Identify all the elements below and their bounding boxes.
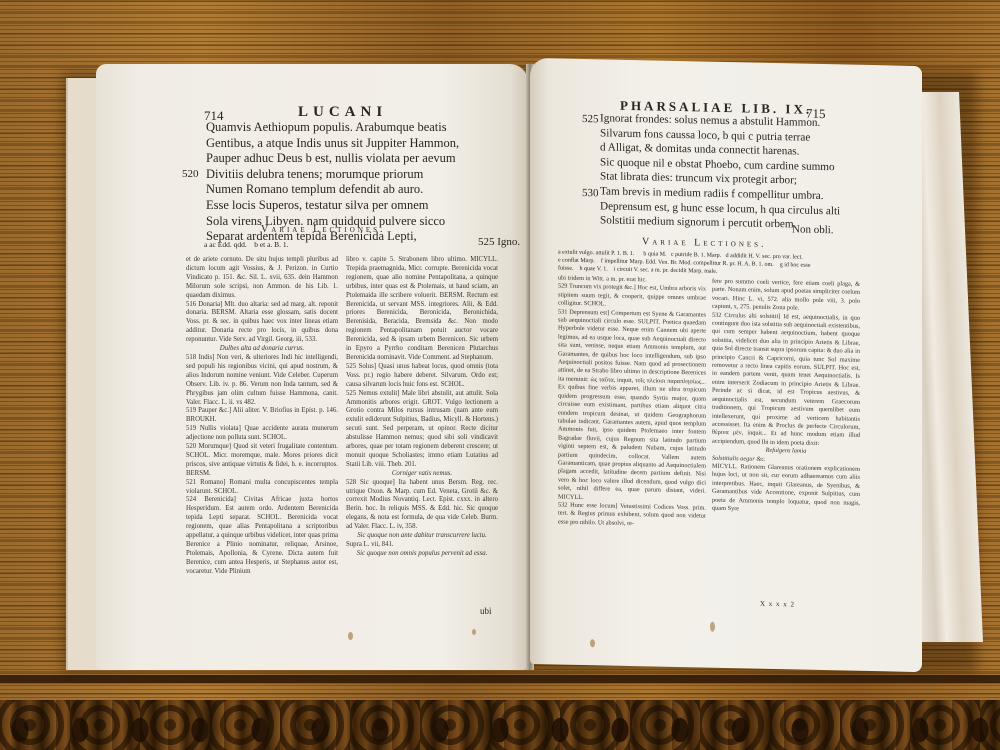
catchword: 525 Igno. xyxy=(478,236,520,248)
note: 528 Sic quoque] Ita habent unus Bersm. R… xyxy=(346,479,498,532)
footnotes: a extulit vulgo. attulit P. 1. B. 1. b q… xyxy=(558,248,858,278)
line-number: 525 xyxy=(582,113,599,125)
note: libro v. capite 5. Strabonem libro ultim… xyxy=(346,256,498,363)
note: 532 Hunc esse locum] Vetustissimi Codice… xyxy=(558,501,706,529)
note: 516 Donaria] Mlt. duo altaria: sed ad ma… xyxy=(186,301,338,346)
note: 525 Solus] Quasi unus habeat locus, quod… xyxy=(346,363,498,390)
foxing-stain xyxy=(348,632,353,640)
notes-catchword: ubi xyxy=(480,606,492,616)
note: 531 Deprensum est] Compertum est Syene &… xyxy=(558,308,706,504)
note: 518 Indis] Non veri, & ulteriores Indi h… xyxy=(186,354,338,407)
table-edge xyxy=(0,675,1000,683)
running-head: LUCANI xyxy=(298,104,387,121)
variae-lectiones-heading: Variae Lectiones. xyxy=(261,224,386,235)
notes-column-1: et de ariete cornuto. De situ hujus temp… xyxy=(186,256,338,586)
note-quote: Corniger vatis nemus. xyxy=(346,470,498,479)
left-page: 714 LUCANI Quamvis Aethiopum populis. Ar… xyxy=(96,64,528,670)
carved-table-apron xyxy=(0,700,1000,750)
verse-line: Numen Romano templum defendit ab auro. xyxy=(206,182,516,198)
signature-mark: X x x x 2 xyxy=(760,600,795,609)
note: MICYLL. Rationem Glareanus orationem exp… xyxy=(712,463,860,517)
note-quote: Sic quoque non omnis populus pervenit ad… xyxy=(346,550,498,559)
verse-line: Pauper adhuc Deus b est, nullis violata … xyxy=(206,151,516,167)
catchword: Non obli. xyxy=(792,223,834,236)
foxing-stain xyxy=(710,622,715,632)
note: 521 Romano] Romani multa concupiscentes … xyxy=(186,479,338,497)
note: 519 Nullis violata] Quae accidente aurat… xyxy=(186,425,338,443)
verse-line: Esse locis Superos, testatur silva per o… xyxy=(206,198,516,214)
line-number: 520 xyxy=(182,168,199,180)
footnote-line: a ac Edd. qdd. b et a. B. 1. xyxy=(204,240,289,250)
note: fere pro summo coeli vertice, fere etiam… xyxy=(712,278,860,315)
verse-line: Divitiis delubra tenens; morumque prioru… xyxy=(206,167,516,183)
note: Supra L. vii, 841. xyxy=(346,541,498,550)
verse-block: Ignorat frondes: solus nemus a abstulit … xyxy=(600,111,830,233)
notes-column-2: libro v. capite 5. Strabonem libro ultim… xyxy=(346,256,498,586)
note-quote: Dulbes alta ad donaria currus. xyxy=(186,345,338,354)
note: 519 Pauper &c.] Alii aliter. V. Briofius… xyxy=(186,407,338,425)
note: 532 Circulus alti solstitii] Id est, aeq… xyxy=(712,311,860,449)
verse-line: Gentibus, a atque Indis unus sit Juppite… xyxy=(206,136,516,152)
line-number: 530 xyxy=(582,187,599,199)
note: et de ariete cornuto. De situ hujus temp… xyxy=(186,256,338,301)
note: 520 Morumque] Quod sit veteri frugalitat… xyxy=(186,443,338,479)
notes-column-2: fere pro summo coeli vertice, fere etiam… xyxy=(712,278,860,599)
notes-column-1: ubi tridem in Witt. a m. pr. erat hic. 5… xyxy=(558,274,706,595)
foxing-stain xyxy=(590,639,595,647)
verse-line: Quamvis Aethiopum populis. Arabumque bea… xyxy=(206,120,516,136)
note-quote: Sic quoque non ante dabitur transcurrere… xyxy=(346,532,498,541)
note: 529 Truncum vix protegit &c.] Hoc est, U… xyxy=(558,283,706,311)
variae-lectiones-heading: Variae Lectiones. xyxy=(642,236,767,250)
note: 524 Berenicida] Civitas Africae juxta ho… xyxy=(186,496,338,576)
right-page: PHARSALIAE LIB. IX. 715 Ignorat frondes:… xyxy=(530,58,922,672)
note: 525 Nemus extulit] Male libri abstulit, … xyxy=(346,390,498,470)
foxing-stain xyxy=(472,629,476,635)
